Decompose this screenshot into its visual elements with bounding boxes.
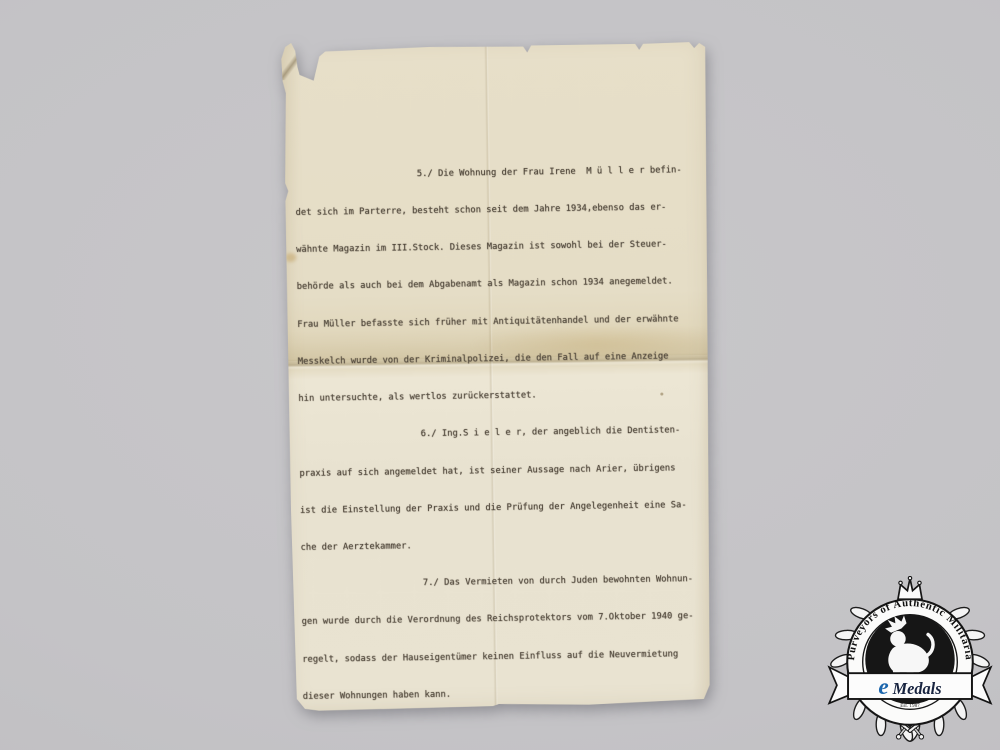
crown-icon: [898, 576, 922, 599]
text-line: dieser Wohnungen haben kann.: [303, 685, 695, 703]
text-line: det sich im Parterre, besteht schon seit…: [296, 201, 688, 219]
text-line: ist die Einstellung der Praxis und die P…: [300, 499, 692, 517]
text-line: regelt, sodass der Hauseigentümer keinen…: [302, 648, 694, 666]
paper-stain-dot: [285, 253, 296, 262]
document-paper: 5./ Die Wohnung der Frau Irene M ü l l e…: [279, 35, 715, 711]
emedals-watermark-badge: Purveyors of Authentic Militaria: [822, 576, 998, 748]
text-line: gen wurde durch die Verordnung des Reich…: [302, 611, 694, 629]
document-paper-wrapper: 5./ Die Wohnung der Frau Irene M ü l l e…: [279, 35, 715, 711]
text-line: 7./ Das Vermieten von durch Juden bewohn…: [301, 573, 693, 591]
brand-medals: Medals: [892, 679, 942, 698]
text-line: Frau Müller befasste sich früher mit Ant…: [297, 313, 689, 331]
typewritten-text-block: 5./ Die Wohnung der Frau Irene M ü l l e…: [295, 139, 696, 728]
text-line: Messkelch wurde von der Kriminalpolizei,…: [298, 350, 690, 368]
brand-banner: e Medals Est. 1987: [829, 667, 991, 709]
text-line: praxis auf sich angemeldet hat, ist sein…: [299, 462, 691, 480]
est-year-label: Est. 1987: [900, 703, 920, 709]
text-line: behörde als auch bei dem Abgabenamt als …: [297, 276, 689, 294]
text-line: che der Aerztekammer.: [300, 536, 692, 554]
text-line: hin untersuchte, als wertlos zurückersta…: [298, 387, 690, 405]
brand-letter-e: e: [878, 674, 888, 700]
photo-stage: 5./ Die Wohnung der Frau Irene M ü l l e…: [0, 0, 1000, 750]
torn-corner-flap: [281, 46, 306, 80]
text-line: 5./ Die Wohnung der Frau Irene M ü l l e…: [295, 164, 687, 182]
text-line: wähnte Magazin im III.Stock. Dieses Maga…: [296, 238, 688, 256]
text-line: 6./ Ing.S i e l e r, der angeblich die D…: [299, 424, 691, 442]
